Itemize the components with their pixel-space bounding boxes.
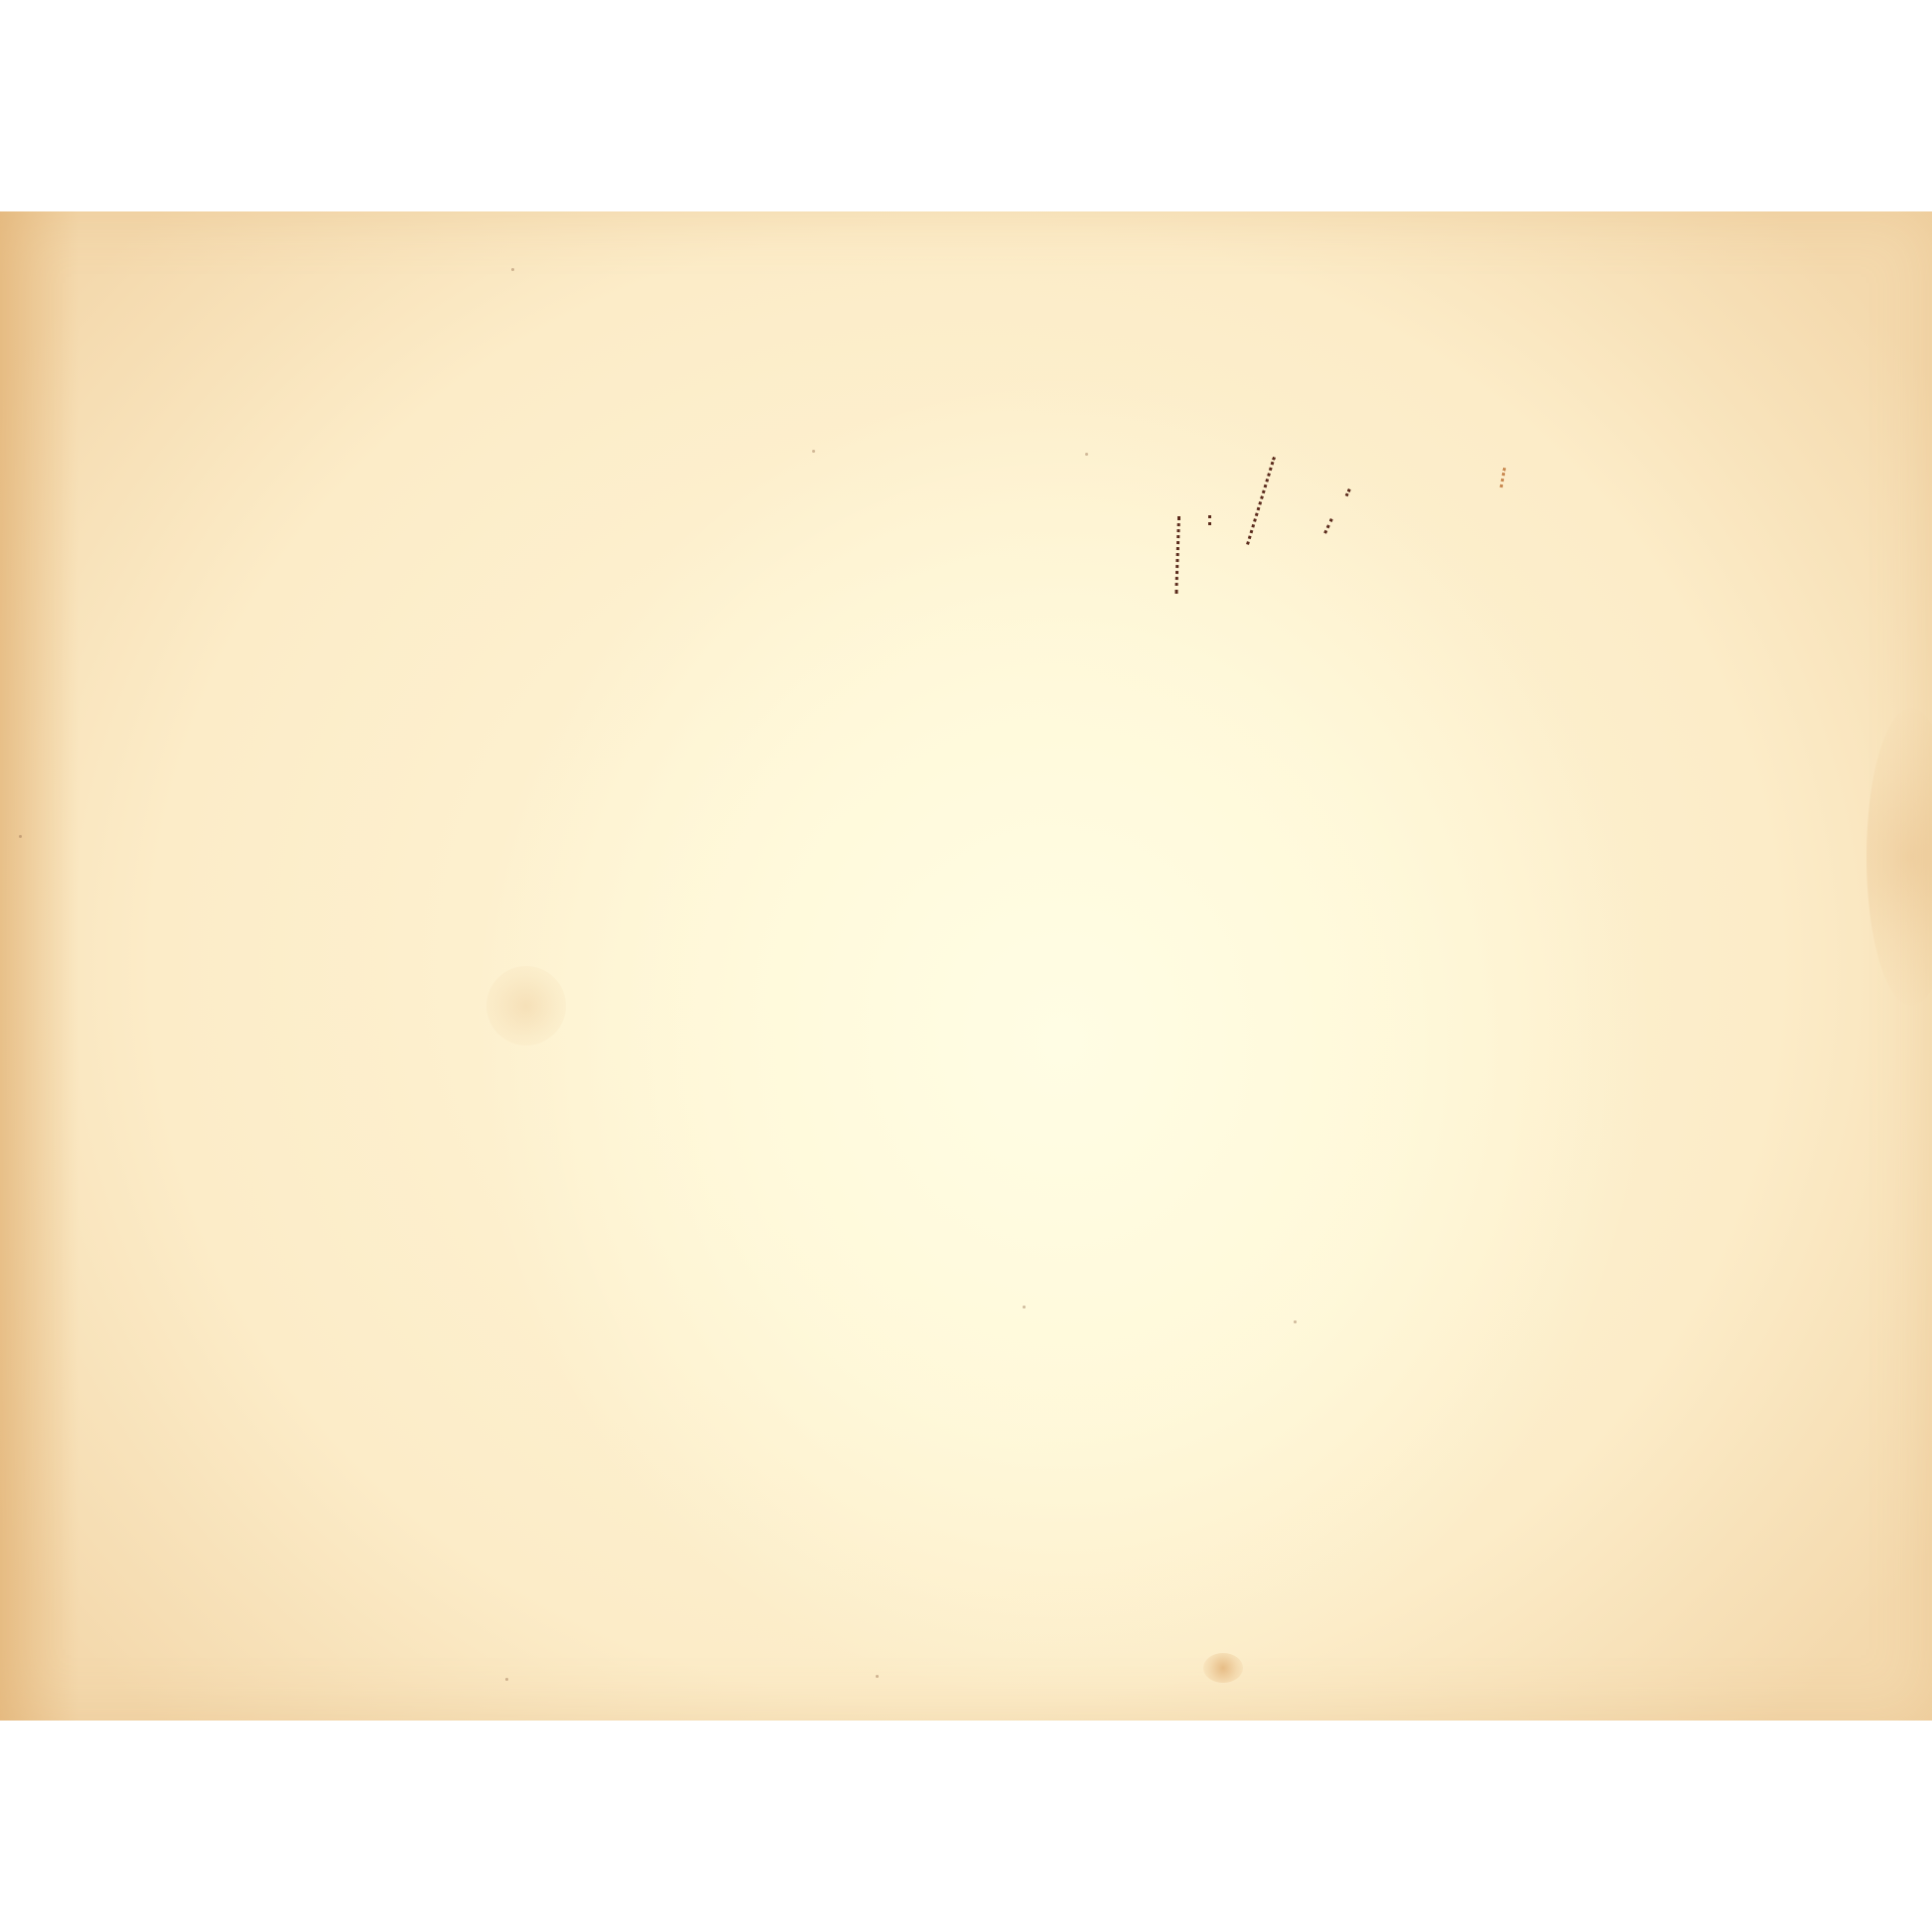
foxing-speck: [812, 450, 815, 453]
foxing-speck: [505, 1678, 508, 1681]
scan-canvas: [0, 0, 1932, 1932]
foxing-speck: [511, 268, 514, 271]
paper-edge-discoloration: [0, 211, 79, 1721]
foxing-stain: [486, 966, 566, 1045]
ink-scratch-mark: [1246, 457, 1276, 545]
stain-mark: [1203, 1653, 1243, 1683]
aged-paper-sheet: [0, 211, 1932, 1721]
ink-scratch-mark: [1500, 468, 1506, 487]
foxing-speck: [1085, 453, 1088, 456]
edge-stain: [1866, 708, 1932, 1006]
foxing-speck: [876, 1675, 879, 1678]
foxing-speck: [19, 835, 22, 838]
ink-scratch-mark: [1345, 488, 1351, 497]
ink-scratch-mark: [1208, 515, 1211, 525]
ink-scratch-mark: [1323, 518, 1332, 534]
foxing-speck: [1294, 1320, 1297, 1323]
ink-scratch-mark: [1174, 516, 1180, 594]
foxing-speck: [1023, 1306, 1026, 1309]
